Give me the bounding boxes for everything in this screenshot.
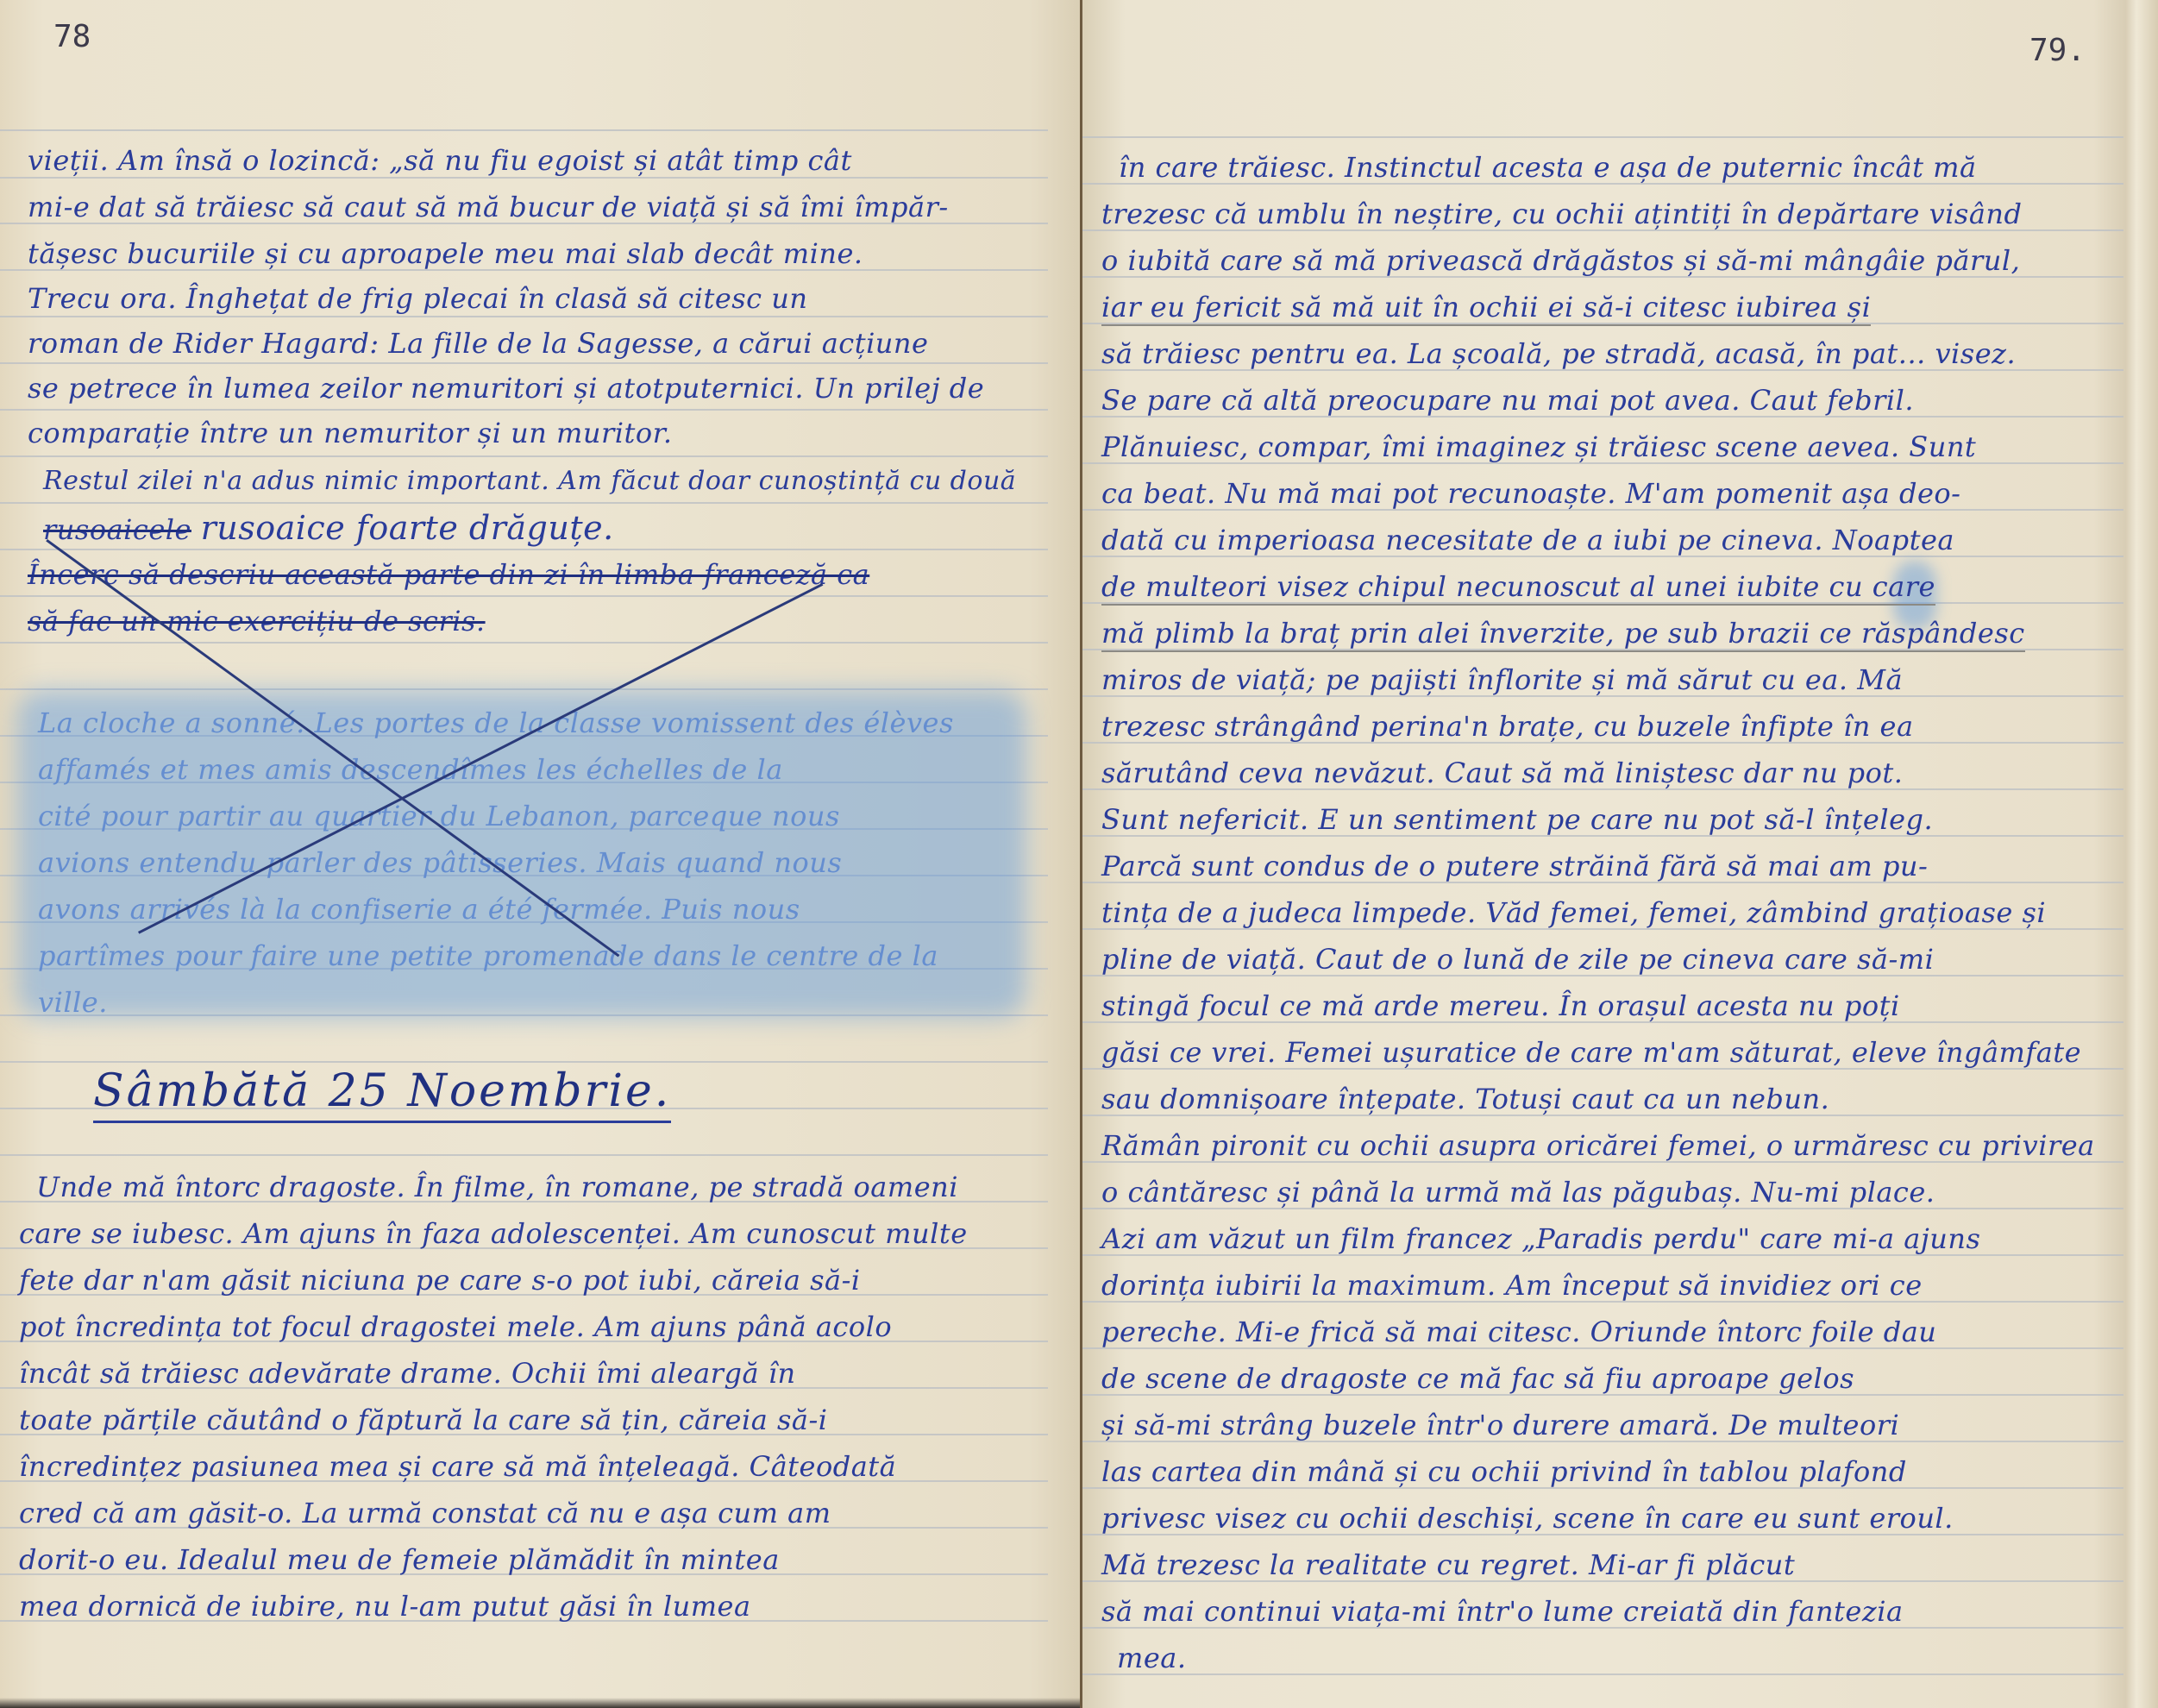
handwritten-line: se petrece în lumea zeilor nemuritori și… (28, 371, 984, 405)
handwritten-line: trezesc că umblu în neștire, cu ochii aț… (1101, 197, 2023, 231)
smudged-line: avions entendu parler des pâtisseries. M… (38, 845, 842, 880)
handwritten-line: Mă trezesc la realitate cu regret. Mi-ar… (1101, 1548, 1795, 1582)
handwritten-line: Unde mă întorc dragoste. În filme, în ro… (36, 1170, 958, 1204)
handwritten-line: iar eu fericit să mă uit în ochii ei să-… (1101, 290, 1871, 326)
smudged-line: cité pour partir au quartier du Lebanon,… (38, 799, 840, 833)
handwritten-line: Plănuiesc, compar, îmi imaginez și trăie… (1101, 430, 1976, 464)
handwritten-line: privesc visez cu ochii deschiși, scene î… (1101, 1501, 1954, 1535)
smudged-line: avons arrivés là la confiserie a été fer… (38, 892, 800, 926)
smudged-french-paragraph: La cloche a sonné. Les portes de la clas… (17, 690, 1052, 1035)
handwritten-line: miros de viață; pe pajiști înflorite și … (1101, 662, 1903, 697)
handwritten-line: sărutând ceva nevăzut. Caut să mă linișt… (1101, 756, 1903, 790)
handwritten-line: tința de a judeca limpede. Văd femei, fe… (1101, 895, 2046, 930)
correction-text: rusoaice foarte drăguțe. (201, 509, 614, 547)
handwritten-line: fete dar n'am găsit niciuna pe care s-o … (19, 1263, 861, 1297)
smudged-line: affamés et mes amis descendîmes les éche… (38, 752, 783, 787)
handwritten-line: las cartea din mână și cu ochii privind … (1101, 1454, 1907, 1489)
right-notebook-page: 79. în care trăiesc. Instinctul acesta e… (1082, 0, 2158, 1708)
handwritten-line: Azi am văzut un film francez „Paradis pe… (1101, 1221, 1980, 1256)
left-notebook-page: 78 vieții. Am însă o lozincă: „să nu fiu… (0, 0, 1082, 1708)
handwritten-line: Se pare că altă preocupare nu mai pot av… (1101, 383, 1914, 418)
handwritten-line: sau domnișoare înțepate. Totuși caut ca … (1101, 1082, 1829, 1116)
smudged-line: partîmes pour faire une petite promenade… (38, 939, 938, 973)
handwritten-line: o iubită care să mă privească drăgăstos … (1101, 243, 2020, 278)
handwritten-line: Trecu ora. Înghețat de frig plecai în cl… (28, 281, 807, 316)
handwritten-line: Rămân pironit cu ochii asupra oricărei f… (1101, 1128, 2095, 1163)
handwritten-line: mă plimb la braț prin alei înverzite, pe… (1101, 616, 2025, 652)
handwritten-line: dorința iubirii la maximum. Am început s… (1101, 1268, 1923, 1303)
handwritten-line: mi-e dat să trăiesc să caut să mă bucur … (28, 190, 949, 224)
handwritten-line: ca beat. Nu mă mai pot recunoaște. M'am … (1101, 476, 1960, 511)
handwritten-line: comparație între un nemuritor și un muri… (28, 416, 673, 450)
handwritten-line: mea. (1117, 1641, 1187, 1675)
handwritten-line: Sunt nefericit. E un sentiment pe care n… (1101, 802, 1933, 837)
handwritten-line: găsi ce vrei. Femei ușuratice de care m'… (1101, 1035, 2081, 1070)
handwritten-line: vieții. Am însă o lozincă: „să nu fiu eg… (28, 143, 852, 178)
page-number-left: 78 (53, 19, 91, 54)
handwritten-line: roman de Rider Hagard: La fille de la Sa… (28, 326, 928, 361)
page-number-right: 79. (2029, 33, 2086, 68)
handwritten-line: toate părțile căutând o făptură la care … (19, 1403, 828, 1437)
handwritten-line: cred că am găsit-o. La urmă constat că n… (19, 1496, 831, 1530)
struck-word: rusoaicele (43, 513, 191, 546)
handwritten-line: stingă focul ce mă arde mereu. În orașul… (1101, 989, 1900, 1023)
struck-line: să fac un mic exercițiu de scris. (28, 604, 486, 638)
handwritten-line: pot încredința tot focul dragostei mele.… (19, 1309, 892, 1344)
smudged-line: ville. (38, 985, 108, 1020)
page-edge-shadow (0, 1698, 1082, 1708)
handwritten-line: dorit-o eu. Idealul meu de femeie plămăd… (19, 1542, 780, 1577)
handwritten-line: o cântăresc și până la urmă mă las păgub… (1101, 1175, 1935, 1209)
handwritten-line: să mai continui viața-mi într'o lume cre… (1101, 1594, 1904, 1629)
handwritten-line: mea dornică de iubire, nu l-am putut găs… (19, 1589, 751, 1623)
handwritten-line: Parcă sunt condus de o putere străină fă… (1101, 849, 1928, 883)
struck-line: Încerc să descriu această parte din zi î… (28, 557, 869, 592)
handwritten-line: dată cu imperioasa necesitate de a iubi … (1101, 523, 1954, 557)
handwritten-line: de multeori visez chipul necunoscut al u… (1101, 569, 1935, 606)
handwritten-line: pereche. Mi-e frică să mai citesc. Oriun… (1101, 1315, 1936, 1349)
handwritten-line: să trăiesc pentru ea. La școală, pe stra… (1101, 336, 2016, 371)
diary-entry-heading: Sâmbătă 25 Noembrie. (93, 1065, 671, 1123)
smudged-line: La cloche a sonné. Les portes de la clas… (38, 706, 954, 740)
handwritten-line: pline de viață. Caut de o lună de zile p… (1101, 942, 1934, 976)
handwritten-line-with-correction: rusoaicele rusoaice foarte drăguțe. (43, 511, 614, 547)
handwritten-line: tășesc bucuriile și cu aproapele meu mai… (28, 236, 863, 271)
handwritten-line: de scene de dragoste ce mă fac să fiu ap… (1101, 1361, 1854, 1396)
handwritten-line: și să-mi strâng buzele într'o durere ama… (1101, 1408, 1899, 1442)
handwritten-line: Restul zilei n'a adus nimic important. A… (43, 464, 1016, 499)
handwritten-line: încredințez pasiunea mea și care să mă î… (19, 1449, 896, 1484)
handwritten-line: în care trăiesc. Instinctul acesta e așa… (1119, 150, 1977, 185)
handwritten-line: trezesc strângând perina'n brațe, cu buz… (1101, 709, 1914, 744)
handwritten-line: care se iubesc. Am ajuns în faza adolesc… (19, 1216, 968, 1251)
handwritten-line: încât să trăiesc adevărate drame. Ochii … (19, 1356, 796, 1391)
